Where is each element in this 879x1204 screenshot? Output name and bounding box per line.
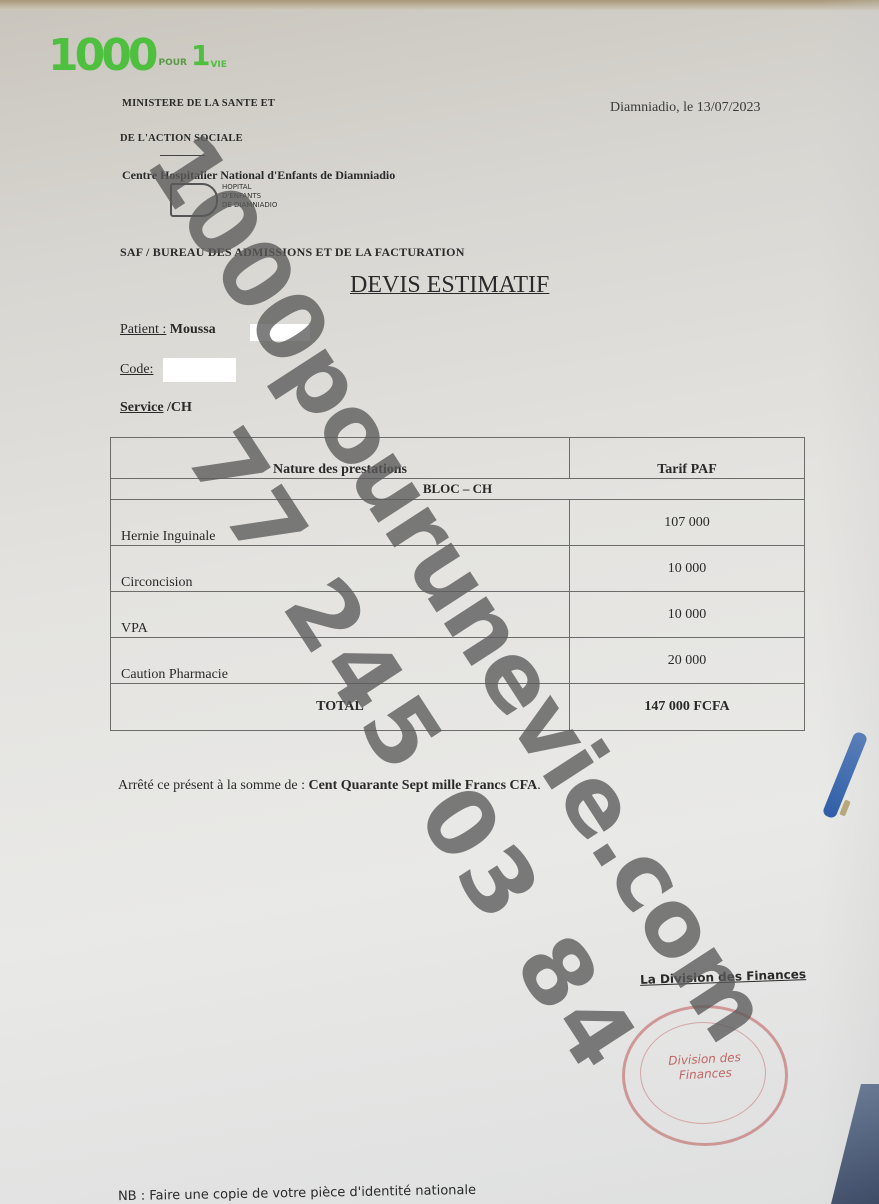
patient-label: Patient : xyxy=(120,322,166,337)
total-value: 147 000 FCFA xyxy=(570,684,805,731)
section-row: BLOC – CH xyxy=(111,479,805,500)
hospital-logo-icon xyxy=(170,183,218,217)
row-label: Caution Pharmacie xyxy=(111,638,570,684)
redaction-patient xyxy=(250,324,310,341)
document-title: DEVIS ESTIMATIF xyxy=(350,272,549,299)
logo-vie: VIE xyxy=(210,60,226,70)
service-label: Service xyxy=(120,400,164,415)
footer-note: NB : Faire une copie de votre pièce d'id… xyxy=(118,1183,476,1204)
logo-one: 1 xyxy=(191,42,210,70)
table-row: Hernie Inguinale 107 000 xyxy=(111,500,805,546)
code-label: Code: xyxy=(120,362,153,377)
row-label: VPA xyxy=(111,592,570,638)
row-label: Circoncision xyxy=(111,546,570,592)
header-divider xyxy=(160,155,205,156)
hospital-logo-text: HOPITAL D'ENFANTS DE DIAMNIADIO xyxy=(222,183,277,210)
amount-words: Cent Quarante Sept mille Francs CFA xyxy=(308,778,537,793)
header-nature: Nature des prestations xyxy=(111,438,570,479)
table-row: VPA 10 000 xyxy=(111,592,805,638)
header-tarif: Tarif PAF xyxy=(570,438,805,479)
department-name: SAF / BUREAU DES ADMISSIONS ET DE LA FAC… xyxy=(120,245,465,260)
section-label: BLOC – CH xyxy=(111,479,805,500)
ministry-line-1: MINISTERE DE LA SANTE ET xyxy=(122,98,275,109)
row-value: 20 000 xyxy=(570,638,805,684)
table-header: Nature des prestations Tarif PAF xyxy=(111,438,805,479)
row-value: 10 000 xyxy=(570,546,805,592)
brand-logo: 1000 POUR 1 VIE xyxy=(48,34,227,78)
redaction-code xyxy=(163,358,236,382)
service-field: Service /CH xyxy=(120,400,192,416)
logo-pour: POUR xyxy=(158,58,187,68)
patient-name: Moussa xyxy=(170,322,216,337)
row-label: Hernie Inguinale xyxy=(111,500,570,546)
amount-prefix: Arrêté ce présent à la somme de : xyxy=(118,778,305,793)
paper-shadow xyxy=(819,0,879,1204)
total-label: TOTAL xyxy=(111,684,570,731)
photo-background-top xyxy=(0,0,879,10)
code-field: Code: xyxy=(120,362,153,378)
ministry-line-2: DE L'ACTION SOCIALE xyxy=(120,133,243,144)
hospital-name: Centre Hospitalier National d'Enfants de… xyxy=(122,168,395,183)
patient-field: Patient : Moussa xyxy=(120,322,216,338)
signature-label: La Division des Finances xyxy=(640,967,806,987)
table-row: Circoncision 10 000 xyxy=(111,546,805,592)
quote-table: Nature des prestations Tarif PAF BLOC – … xyxy=(110,437,805,731)
logo-number: 1000 xyxy=(48,34,154,78)
row-value: 10 000 xyxy=(570,592,805,638)
service-value: /CH xyxy=(167,400,192,415)
document-date: Diamniadio, le 13/07/2023 xyxy=(610,100,760,116)
row-value: 107 000 xyxy=(570,500,805,546)
table-row: Caution Pharmacie 20 000 xyxy=(111,638,805,684)
stamp-text: Division des Finances xyxy=(654,1049,755,1084)
total-row: TOTAL 147 000 FCFA xyxy=(111,684,805,731)
amount-statement: Arrêté ce présent à la somme de : Cent Q… xyxy=(118,778,541,794)
